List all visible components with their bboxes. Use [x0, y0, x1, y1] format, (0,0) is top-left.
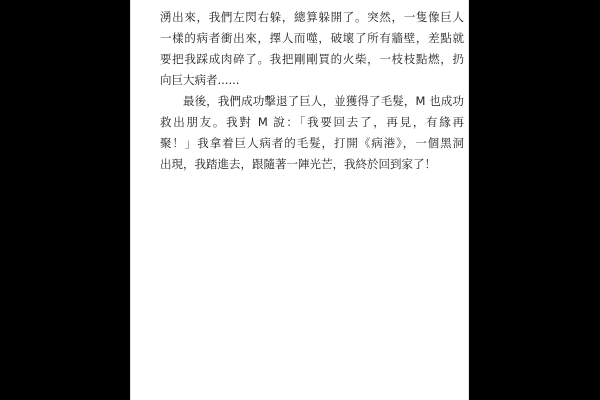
- story-text-block: 湧出來，我們左閃右躲，總算躲開了。突然，一隻像巨人 一樣的病者衝出來，擇人而噬，…: [160, 7, 464, 175]
- screen-background: 湧出來，我們左閃右躲，總算躲開了。突然，一隻像巨人 一樣的病者衝出來，擇人而噬，…: [0, 0, 600, 400]
- text-line: 聚！」我拿着巨人病者的毛髮，打開《病港》，一個黑洞: [160, 133, 464, 154]
- text-line: 向巨大病者......: [160, 70, 464, 91]
- text-line: 一樣的病者衝出來，擇人而噬，破壞了所有牆壁，差點就: [160, 28, 464, 49]
- text-line: 湧出來，我們左閃右躲，總算躲開了。突然，一隻像巨人: [160, 7, 464, 28]
- text-line: 出現，我踏進去，跟隨著一陣光芒，我終於回到家了！: [160, 154, 464, 175]
- text-line: 最後，我們成功擊退了巨人，並獲得了毛髮，M 也成功: [160, 91, 464, 112]
- text-line: 要把我踩成肉碎了。我把剛剛買的火柴，一枝枝點燃，扔: [160, 49, 464, 70]
- document-page: 湧出來，我們左閃右躲，總算躲開了。突然，一隻像巨人 一樣的病者衝出來，擇人而噬，…: [130, 0, 469, 400]
- text-line: 救出朋友。我對 M 說：「我要回去了，再見，有緣再: [160, 112, 464, 133]
